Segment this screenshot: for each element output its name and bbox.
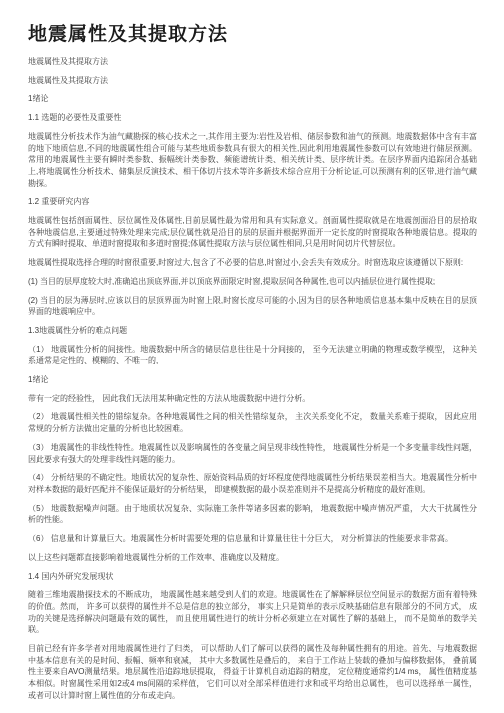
para-1-3-item-1-cont: 带有一定的经验性， 因此我们无法用某种确定性的方法从地震数据中进行分析。 [28,393,477,405]
para-1-2-rule-2: (2) 当目的层为薄层时,应该以目的层顶界面为时窗上限,时窗长度尽可能的小,因为… [28,295,477,318]
heading-1-1: 1.1 选题的必要性及重要性 [28,112,477,124]
para-1-3-summary: 以上这些问题都直接影响着地震属性分析的工作效率、准确度以及精度。 [28,552,477,564]
heading-1-intro-repeat: 1绪论 [28,374,477,386]
para-1-3-item-2: （2） 地震属性相关性的错综复杂。各种地震属性之间的相关性错综复杂， 主次关系变… [28,411,477,434]
para-1-2-time-window: 地震属性提取选择合理的时窗很重要,时窗过大,包含了不必要的信息,时窗过小,会丢失… [28,257,477,269]
doc-subtitle-1: 地震属性及其提取方法 [28,56,477,68]
para-1-4-status: 随着三维地震勘探技术的不断成功， 地震属性越来越受到人们的欢迎。地震属性在了解解… [28,589,477,636]
para-1-3-item-4: （4） 分析结果的不确定性。地质状况的复杂性、原始资料品质的好坏程度使得地震属性… [28,472,477,495]
para-1-3-item-3: （3） 地震属性的非线性特性。地震属性以及影响属性的各变量之间呈现非线性特性， … [28,442,477,465]
para-1-3-item-5: （5） 地震数据噪声问题。由于地质状况复杂、实际施工条件等诸多因素的影响， 地震… [28,503,477,526]
heading-1-intro: 1绪论 [28,93,477,105]
document-page: 地震属性及其提取方法 地震属性及其提取方法 地震属性及其提取方法 1绪论 1.1… [0,0,504,713]
para-1-4-classification: 目前已经有许多学者对用地震属性进行了归类， 可以帮助人们了解可以获得的属性及每种… [28,643,477,702]
para-1-3-item-1: （1） 地震属性分析的间接性。地震数据中所含的储层信息往往是十分间接的， 至今无… [28,344,477,367]
para-1-3-item-6: （6） 信息量和计算量巨大。地震属性分析时需要处理的信息量和计算量往往十分巨大，… [28,533,477,545]
heading-1-2: 1.2 重要研究内容 [28,196,477,208]
doc-subtitle-2: 地震属性及其提取方法 [28,75,477,87]
para-1-1-overview: 地震属性分析技术作为油气藏勘探的核心技术之一,其作用主要为:岩性及岩相、储层参数… [28,131,477,190]
para-1-2-attributes: 地震属性包括剖面属性、层位属性及体属性,目前层属性最为常用和具有实际意义。剖面属… [28,215,477,250]
document-title: 地震属性及其提取方法 [28,24,477,46]
heading-1-4: 1.4 国内外研究发展现状 [28,571,477,583]
para-1-2-rule-1: (1) 当目的层厚度较大时,准确追出顶底界面,并以顶底界面限定时窗,提取层间各种… [28,276,477,288]
heading-1-3: 1.3地震属性分析的难点问题 [28,325,477,337]
